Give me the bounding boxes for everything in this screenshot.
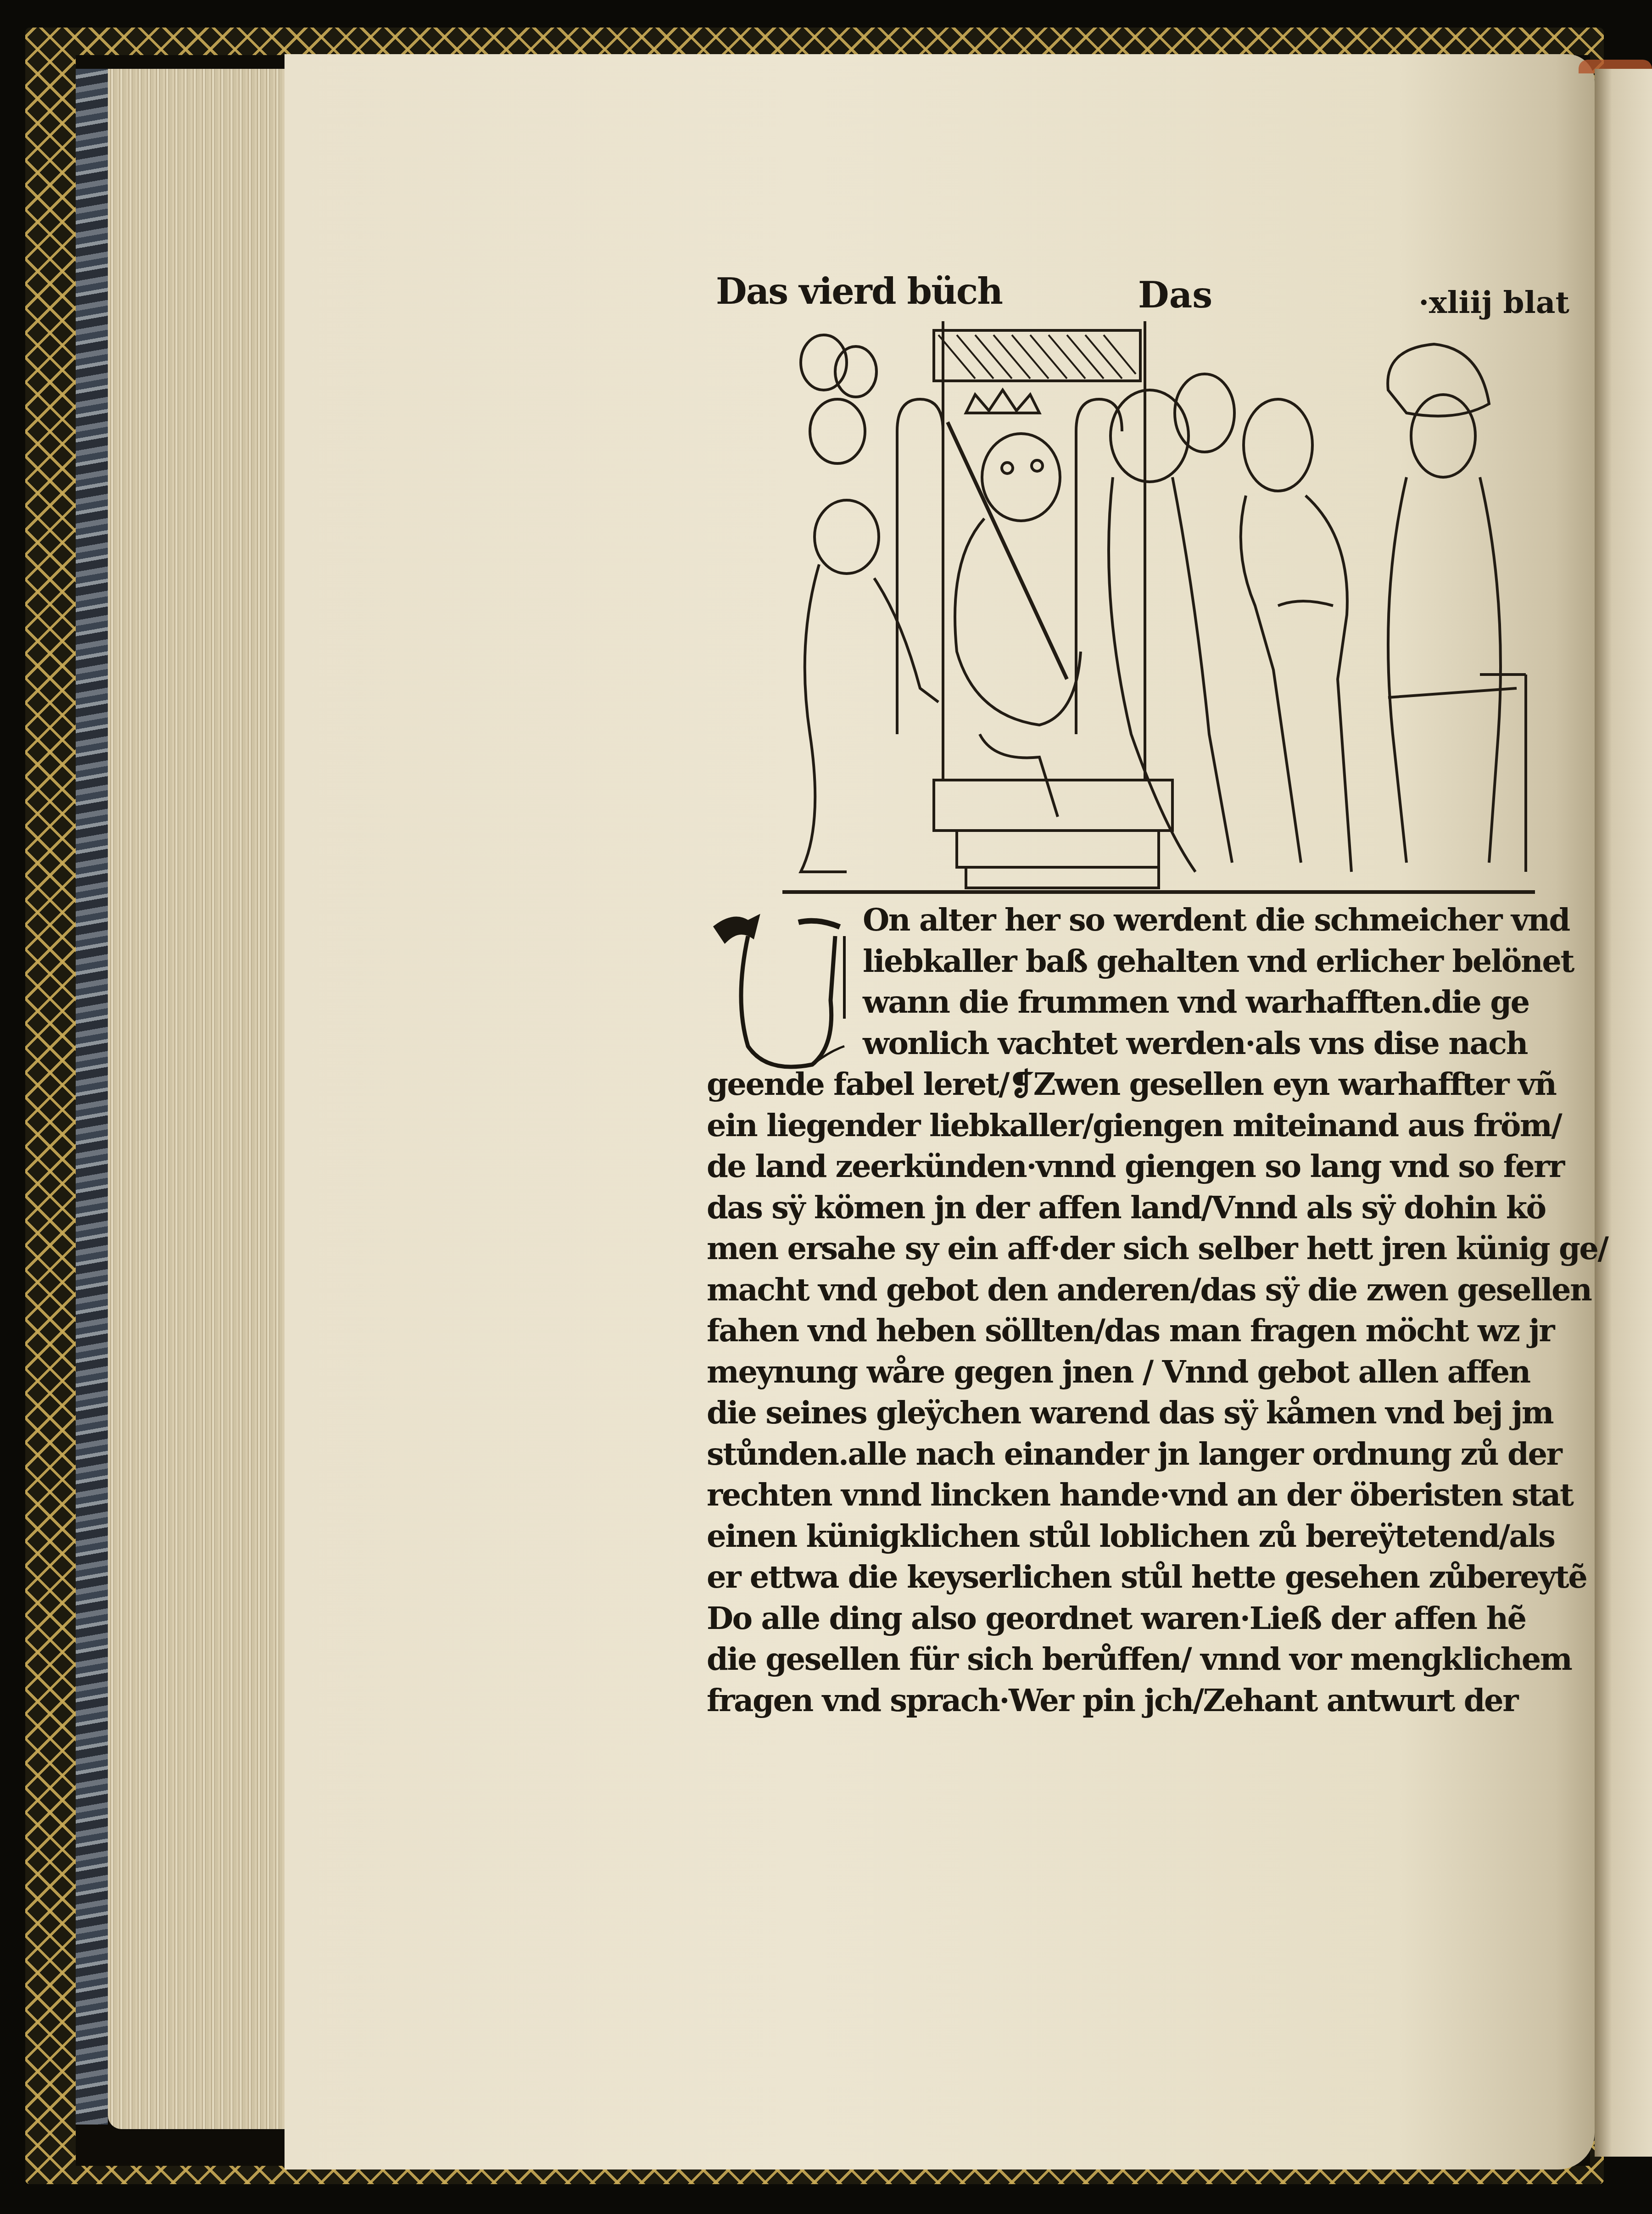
running-head: Das vierd büch Das ·xliij blat bbox=[716, 262, 1569, 326]
text-line: einen künigklichen stůl loblichen zů ber… bbox=[707, 1516, 1565, 1557]
text-line: macht vnd gebot den anderen/das sÿ die z… bbox=[707, 1269, 1565, 1311]
scan-background: Das vierd büch Das ·xliij blat bbox=[0, 0, 1652, 2214]
running-head-book: Das vierd büch bbox=[716, 271, 1002, 312]
woodcut-illustration bbox=[782, 321, 1535, 894]
text-line: fahen vnd heben söllten/das man fragen m… bbox=[707, 1310, 1565, 1351]
text-line: stůnden.alle nach einander jn langer ord… bbox=[707, 1433, 1565, 1475]
text-line: er ettwa die keyserlichen stůl hette ges… bbox=[707, 1556, 1565, 1598]
text-line: men ersahe sy ein aff·der sich selber he… bbox=[707, 1228, 1565, 1269]
text-line: ein liegender liebkaller/giengen miteina… bbox=[707, 1105, 1565, 1146]
fore-edge-leaves bbox=[108, 69, 289, 2129]
marbled-pastedown bbox=[76, 69, 108, 2125]
gutter-next-leaf bbox=[1595, 69, 1652, 2157]
text-line: meynung wåre gegen jnen / Vnnd gebot all… bbox=[707, 1351, 1565, 1393]
text-line: de land zeerkünden·vnnd giengen so lang … bbox=[707, 1146, 1565, 1187]
text-line: die seines gleÿchen warend das sÿ kåmen … bbox=[707, 1392, 1565, 1433]
body-text: On alter her so werdent die schmeicher v… bbox=[707, 899, 1565, 1721]
running-head-center: Das bbox=[1138, 274, 1212, 316]
text-line: rechten vnnd lincken hande·vnd an der öb… bbox=[707, 1474, 1565, 1516]
ape-king-woodcut-icon bbox=[782, 321, 1535, 890]
folio-number: ·xliij blat bbox=[1418, 284, 1569, 320]
text-line: das sÿ kömen jn der affen land/Vnnd als … bbox=[707, 1187, 1565, 1228]
text-line: die gesellen für sich berůffen/ vnnd vor… bbox=[707, 1639, 1565, 1680]
text-line: Do alle ding also geordnet waren·Ließ de… bbox=[707, 1598, 1565, 1639]
decorated-initial-v bbox=[707, 909, 858, 1074]
text-line: fragen vnd sprach·Wer pin jch/Zehant ant… bbox=[707, 1680, 1565, 1721]
